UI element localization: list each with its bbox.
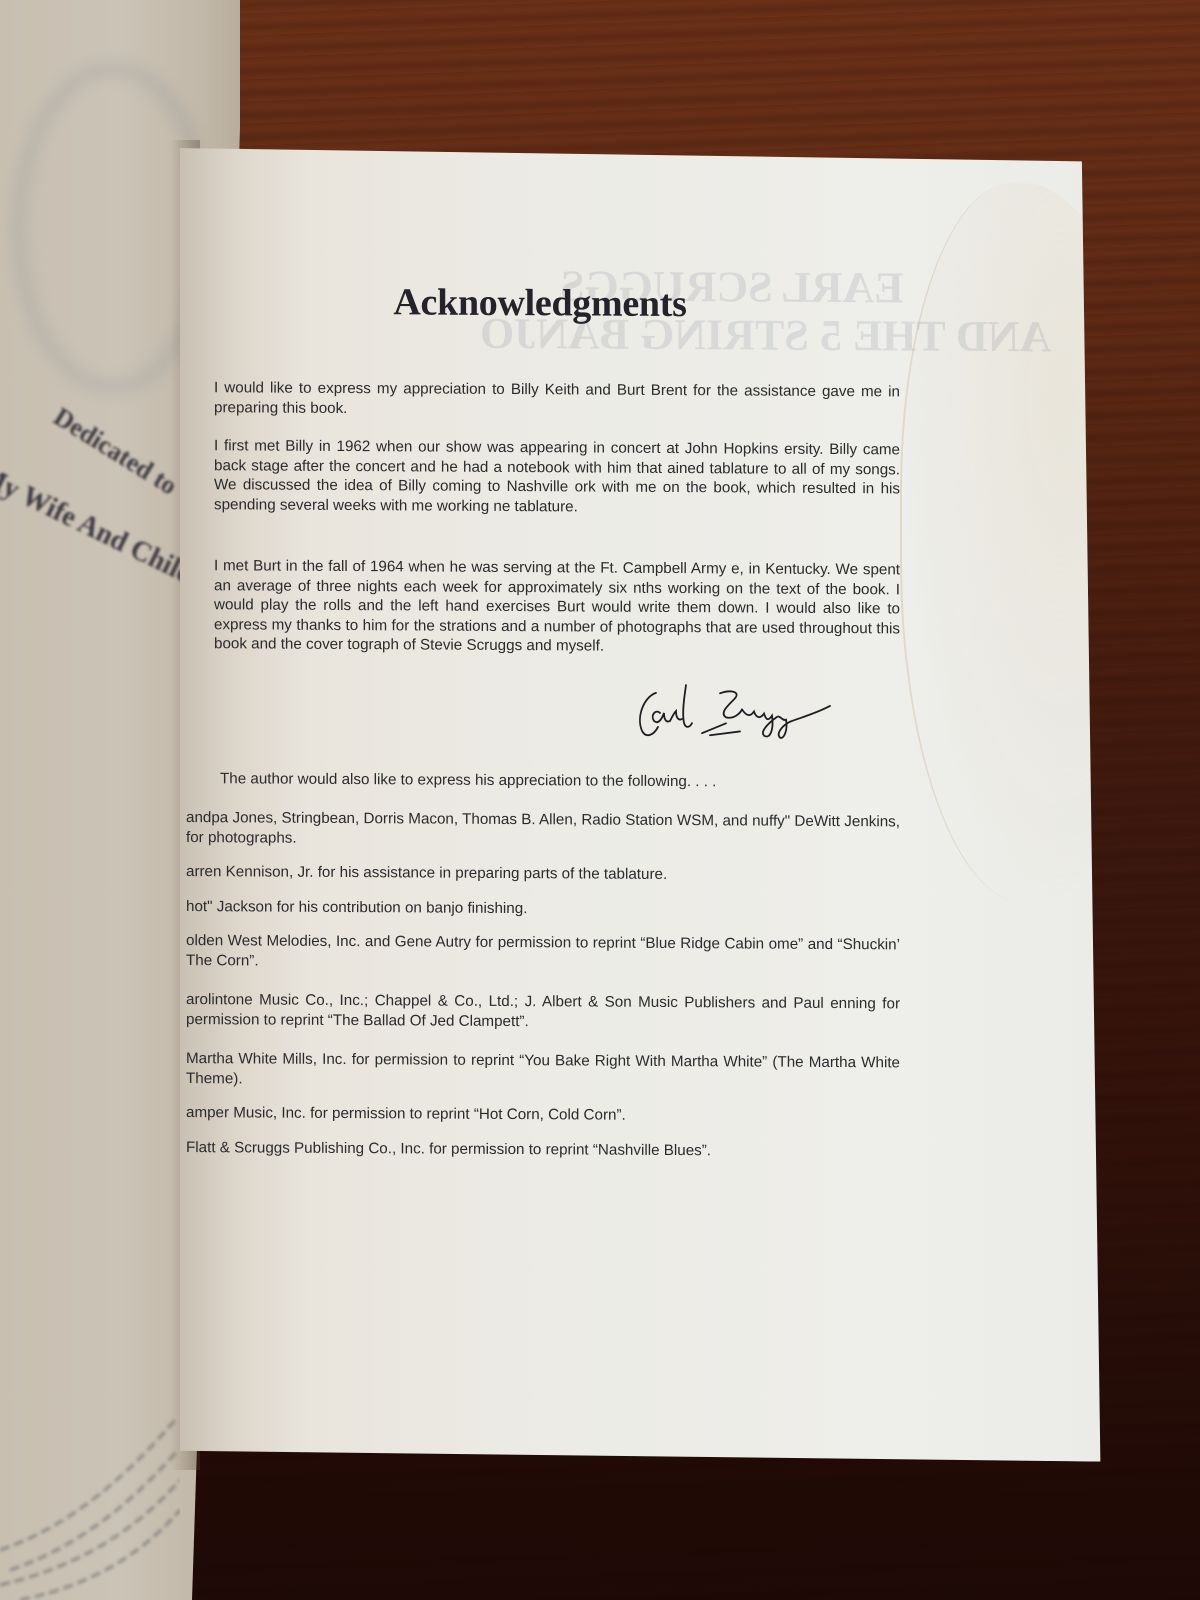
signature [630,679,840,744]
paragraph-2-text: I first met Billy in 1962 when our show … [214,436,900,518]
paragraph-2: I first met Billy in 1962 when our show … [214,436,900,518]
left-page-footer-text [0,1380,180,1600]
also-appreciation-line: The author would also like to express hi… [220,770,716,790]
acknowledgment-item: arren Kennison, Jr. for his assistance i… [186,862,900,886]
paragraph-1: I would like to express my appreciation … [214,378,900,421]
right-page: EARL SCRUGGS AND THE 5 STRING BANJO Ackn… [180,148,1105,1462]
water-stain [900,182,1162,904]
dedication-line-1: Dedicated to [48,402,182,501]
acknowledgment-item: andpa Jones, Stringbean, Dorris Macon, T… [186,808,900,851]
paragraph-3: I met Burt in the fall of 1964 when he w… [214,556,900,658]
paragraph-3-text: I met Burt in the fall of 1964 when he w… [214,556,900,658]
acknowledgment-item: olden West Melodies, Inc. and Gene Autry… [186,931,900,974]
acknowledgment-item: arolintone Music Co., Inc.; Chappel & Co… [186,990,900,1033]
acknowledgment-item: amper Music, Inc. for permission to repr… [186,1103,900,1127]
paragraph-1-text: I would like to express my appreciation … [214,378,900,421]
acknowledgment-item: Flatt & Scruggs Publishing Co., Inc. for… [186,1138,900,1162]
acknowledgment-list: andpa Jones, Stringbean, Dorris Macon, T… [186,808,900,1176]
page-title: Acknowledgments [180,279,900,327]
acknowledgment-item: Martha White Mills, Inc. for permission … [186,1049,900,1092]
acknowledgment-item: hot" Jackson for his contribution on ban… [186,897,900,921]
